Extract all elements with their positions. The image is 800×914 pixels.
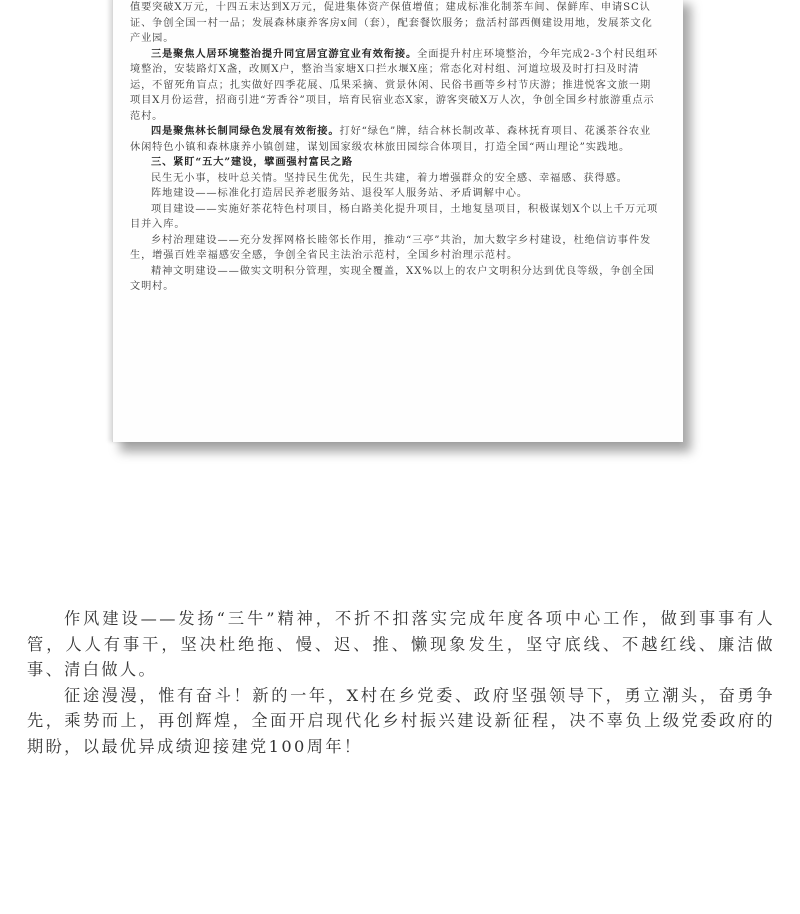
paragraph-body: 阵地建设——标准化打造居民养老服务站、退役军人服务站、矛盾调解中心。 <box>151 188 528 199</box>
paragraph-lead: 三是聚焦人居环境整治提升同宜居宜游宜业有效衔接。 <box>151 48 417 60</box>
paragraph-5: 阵地建设——标准化打造居民养老服务站、退役军人服务站、矛盾调解中心。 <box>130 186 660 202</box>
body-text-section: 作风建设——发扬“三牛”精神，不折不扣落实完成年度各项中心工作，做到事事有人管，… <box>27 606 775 760</box>
section-heading-text: 三、紧盯“五大”建设，擘画强村富民之路 <box>151 156 353 168</box>
paragraph-body: 乡村治理建设——充分发挥网格长睦邻长作用，推动“三亭”共治，加大数字乡村建设，杜… <box>130 235 651 262</box>
paragraph-body: 值要突破X万元，十四五末达到X万元，促进集体资产保值增值；建成标准化制茶车间、保… <box>130 2 653 44</box>
paragraph-body: 项目建设——实施好茶花特色村项目，杨白路美化提升项目，土地复垦项目，积极谋划X个… <box>130 204 658 231</box>
paragraph-6: 项目建设——实施好茶花特色村项目，杨白路美化提升项目，土地复垦项目，积极谋划X个… <box>130 202 660 233</box>
section-heading: 三、紧盯“五大”建设，擘画强村富民之路 <box>130 155 660 171</box>
paragraph-work-style: 作风建设——发扬“三牛”精神，不折不扣落实完成年度各项中心工作，做到事事有人管，… <box>27 606 775 683</box>
paragraph-closing: 征途漫漫，惟有奋斗！新的一年，X村在乡党委、政府坚强领导下，勇立潮头，奋勇争先，… <box>27 683 775 760</box>
paragraph-body: 民生无小事，枝叶总关情。坚持民生优先，民生共建，着力增强群众的安全感、幸福感、获… <box>151 173 628 184</box>
paragraph-1: 三是聚焦人居环境整治提升同宜居宜游宜业有效衔接。全面提升村庄环境整治，今年完成2… <box>130 47 660 125</box>
paragraph-8: 精神文明建设——做实文明积分管理，实现全覆盖，XX%以上的农户文明积分达到优良等… <box>130 264 660 295</box>
paragraph-0: 值要突破X万元，十四五末达到X万元，促进集体资产保值增值；建成标准化制茶车间、保… <box>130 0 660 47</box>
paragraph-lead: 四是聚焦林长制同绿色发展有效衔接。 <box>151 125 340 137</box>
paragraph-body: 精神文明建设——做实文明积分管理，实现全覆盖，XX%以上的农户文明积分达到优良等… <box>130 266 655 293</box>
paragraph-7: 乡村治理建设——充分发挥网格长睦邻长作用，推动“三亭”共治，加大数字乡村建设，杜… <box>130 233 660 264</box>
paragraph-2: 四是聚焦林长制同绿色发展有效衔接。打好“绿色”牌，结合林长制改革、森林抚育项目、… <box>130 124 660 155</box>
document-page-preview: 值要突破X万元，十四五末达到X万元，促进集体资产保值增值；建成标准化制茶车间、保… <box>112 0 683 442</box>
document-page-text: 值要突破X万元，十四五末达到X万元，促进集体资产保值增值；建成标准化制茶车间、保… <box>130 0 660 295</box>
paragraph-4: 民生无小事，枝叶总关情。坚持民生优先，民生共建，着力增强群众的安全感、幸福感、获… <box>130 171 660 187</box>
